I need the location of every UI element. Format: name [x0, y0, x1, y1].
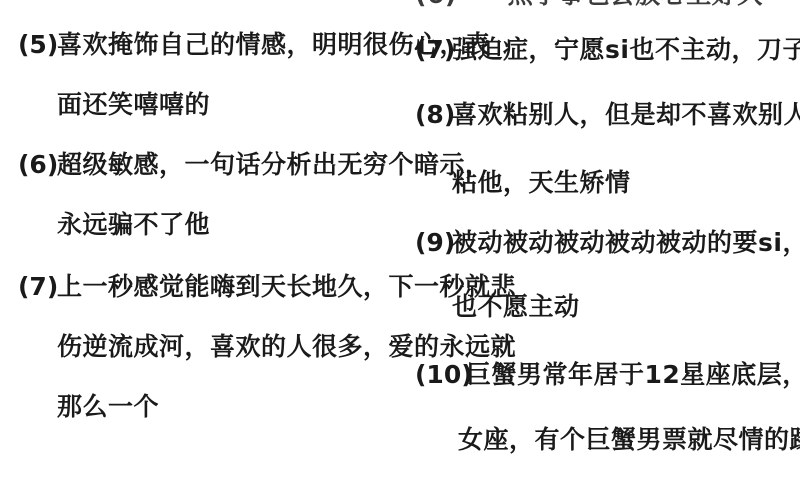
item-text-line: 面还笑嘻嘻的 — [57, 90, 210, 120]
item-text-line: (6) 一点小事也会放心上好久 — [415, 0, 763, 10]
item-text-line: 喜欢粘别人，但是却不喜欢别人过于 — [452, 100, 800, 130]
item-text-line: 巨蟹男常年居于12星座底层，仅次于处 — [466, 360, 800, 390]
item-text-line: 超级敏感，一句话分析出无穷个暗示， — [57, 150, 491, 180]
item-number: (9) — [415, 228, 455, 258]
item-number: (10) — [415, 360, 473, 390]
item-number: (6) — [18, 150, 58, 180]
item-text-line: 上一秒感觉能嗨到天长地久，下一秒就悲 — [57, 272, 516, 302]
item-text-line: 也不愿主动 — [452, 292, 580, 322]
item-text-line: 那么一个 — [57, 392, 159, 422]
item-number: (7) — [415, 35, 455, 65]
item-number: (5) — [18, 30, 58, 60]
item-number: (8) — [415, 100, 455, 130]
item-text-line: 强迫症，宁愿si也不主动，刀子嘴豆腐心 — [452, 35, 800, 65]
item-text-line: 粘他，天生矫情 — [452, 168, 631, 198]
item-text-line: 被动被动被动被动被动的要si，宁愿失去 — [452, 228, 800, 258]
item-number: (7) — [18, 272, 58, 302]
item-text-line: 伤逆流成河，喜欢的人很多，爱的永远就 — [57, 332, 516, 362]
item-text-line: 女座，有个巨蟹男票就尽情的蹂躏他吧！ — [458, 425, 800, 455]
item-text-line: 永远骗不了他 — [57, 210, 210, 240]
